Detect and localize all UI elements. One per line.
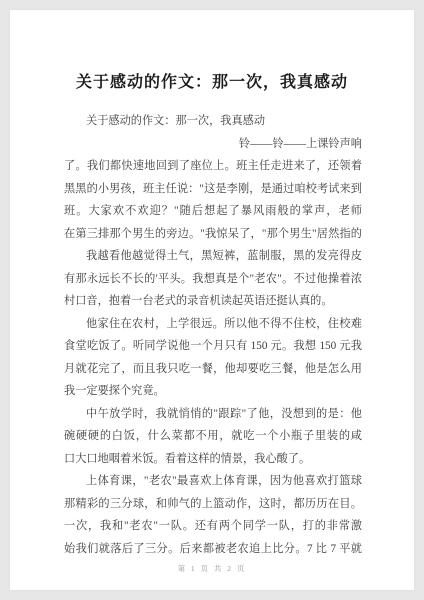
text-line: 口大口地咽着米饭。看着这样的情景，我心酸了。 (64, 448, 362, 471)
text-line: 上体育课，"老农"最喜欢上体育课，因为他喜欢打篮球了，他 (64, 470, 362, 493)
page-number: 第 1 页 共 2 页 (10, 563, 414, 574)
document-screenshot: 关于感动的作文：那一次，我真感动 关于感动的作文：那一次，我真感动铃——铃——上… (0, 0, 424, 600)
text-line: 我一定要探个究竟。 (64, 380, 362, 403)
text-line: 村口音，抱着一台老式的录音机读起英语还挺认真的。 (64, 290, 362, 313)
document-page: 关于感动的作文：那一次，我真感动 关于感动的作文：那一次，我真感动铃——铃——上… (9, 9, 415, 591)
text-line: 他家住在农村，上学很远。所以他不得不住校，住校难免要在 (64, 313, 362, 336)
essay-body: 关于感动的作文：那一次，我真感动铃——铃——上课铃声响了。我们都快速地回到了座位… (64, 110, 362, 560)
text-line: 班。大家欢不欢迎？"随后想起了暴风雨般的掌声，老师说："你坐 (64, 200, 362, 223)
text-line: 碗硬硬的白饭，什么菜都不用，就吃一个小瓶子里装的咸菜，再大 (64, 425, 362, 448)
text-line: 了。我们都快速地回到了座位上。班主任走进来了，还领着一个墨 (64, 155, 362, 178)
text-line: 中午放学时，我就悄悄的"跟踪"了他，没想到的是：他就盛一 (64, 403, 362, 426)
text-line: 一次，我和"老农"一队。还有两个同学一队，打的非常激烈，最开 (64, 515, 362, 538)
text-line: 关于感动的作文：那一次，我真感动 (64, 110, 362, 133)
text-line: 食堂吃饭了。听同学说他一个月只有 150 元。我想 150 元我不到半 (64, 335, 362, 358)
text-line: 月就花完了，而且我只吃一餐，他却要吃三餐，他是怎么用钱的？ (64, 358, 362, 381)
text-line: 黑黑的小男孩，班主任说："这是李刚，是通过咱校考试来到了咱们 (64, 178, 362, 201)
text-line: 那精彩的三分球，和帅气的上篮动作，这时，都历历在目。记得有 (64, 493, 362, 516)
essay-title: 关于感动的作文：那一次，我真感动 (10, 69, 414, 92)
text-line: 有那永远长不长的'平头。我想真是个"老农"。不过他操着浓重的农 (64, 268, 362, 291)
text-line: 我越看他越觉得土气，黑短裤，蓝制服，黑的发亮得皮肤，还 (64, 245, 362, 268)
text-line: 铃——铃——上课铃声响 (64, 133, 362, 156)
text-line: 始我们就落后了三分。后来都被老农追上比分。7 比 7 平就在这关 (64, 538, 362, 561)
text-line: 在第三排那个男生的旁边。"我惊呆了，"那个男生"居然指的是我。 (64, 223, 362, 246)
